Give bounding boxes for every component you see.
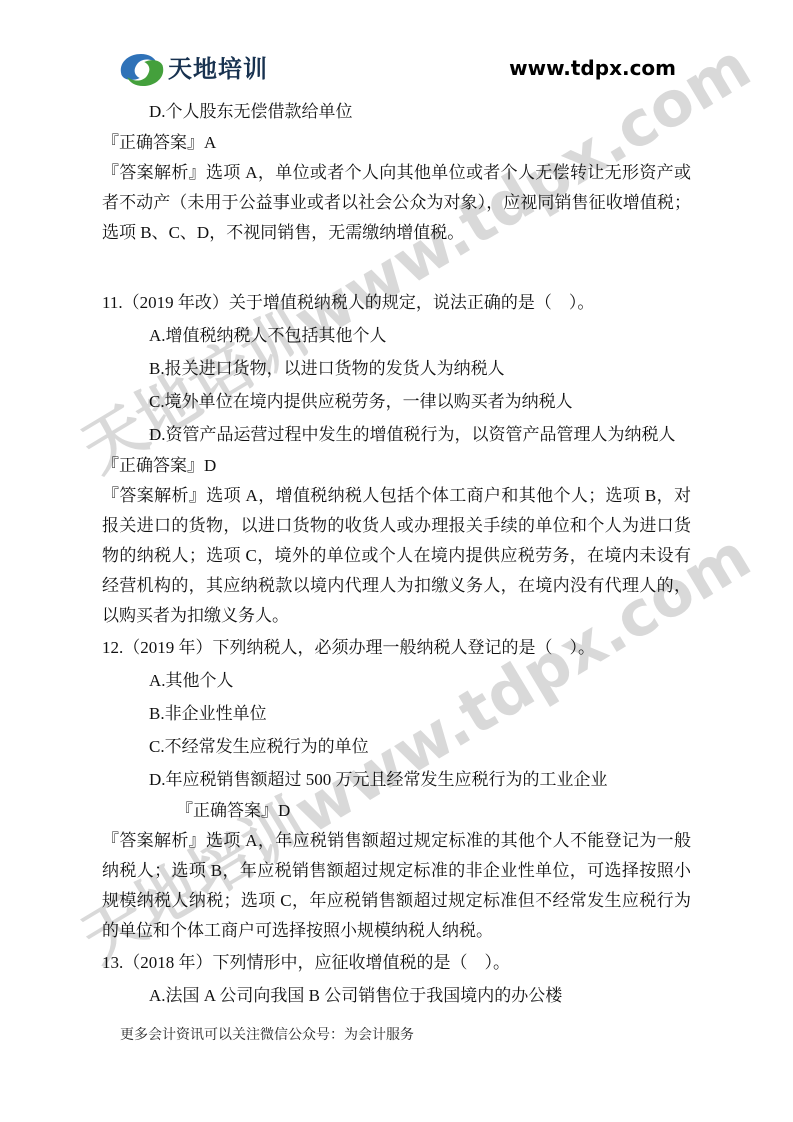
option-line: D.资管产品运营过程中发生的增值税行为，以资管产品管理人为纳税人 (102, 418, 691, 451)
option-line: D.个人股东无偿借款给单位 (102, 95, 691, 128)
footer-note: 更多会计资讯可以关注微信公众号：为会计服务 (120, 1026, 414, 1046)
option-line: B.报关进口货物，以进口货物的发货人为纳税人 (102, 352, 691, 385)
option-line: B.非企业性单位 (102, 697, 691, 730)
option-line: C.不经常发生应税行为的单位 (102, 730, 691, 763)
answer-line: 『正确答案』A (102, 128, 691, 158)
question-line: 13.（2018 年）下列情形中，应征收增值税的是（ ）。 (102, 946, 691, 979)
site-url-text: www.tdpx.com (509, 56, 676, 80)
option-line: D.年应税销售额超过 500 万元且经常发生应税行为的工业企业 (102, 763, 691, 796)
analysis-line: 『答案解析』选项 A，年应税销售额超过规定标准的其他个人不能登记为一般纳税人；选… (102, 826, 691, 946)
option-line: A.法国 A 公司向我国 B 公司销售位于我国境内的办公楼 (102, 979, 691, 1012)
answer-line: 『正确答案』D (102, 451, 691, 481)
exam-content: D.个人股东无偿借款给单位『正确答案』A『答案解析』选项 A，单位或者个人向其他… (102, 95, 691, 1012)
answer-indent-line: 『正确答案』D (102, 796, 691, 826)
option-line: C.境外单位在境内提供应税劳务，一律以购买者为纳税人 (102, 385, 691, 418)
option-line: A.增值税纳税人不包括其他个人 (102, 319, 691, 352)
analysis-line: 『答案解析』选项 A，增值税纳税人包括个体工商户和其他个人；选项 B，对报关进口… (102, 481, 691, 631)
brand-logo-text: 天地培训 (168, 50, 268, 90)
gap-line (102, 248, 691, 286)
swirl-logo-icon (118, 50, 166, 90)
question-line: 12.（2019 年）下列纳税人，必须办理一般纳税人登记的是（ ）。 (102, 631, 691, 664)
option-line: A.其他个人 (102, 664, 691, 697)
page-header: 天地培训 www.tdpx.com (0, 0, 793, 100)
brand-logo: 天地培训 (118, 50, 268, 90)
document-page: 天地培训www.tdpx.com 天地培训www.tdpx.com 天地培训 w… (0, 0, 793, 1122)
analysis-line: 『答案解析』选项 A，单位或者个人向其他单位或者个人无偿转让无形资产或者不动产（… (102, 158, 691, 248)
question-line: 11.（2019 年改）关于增值税纳税人的规定，说法正确的是（ ）。 (102, 286, 691, 319)
